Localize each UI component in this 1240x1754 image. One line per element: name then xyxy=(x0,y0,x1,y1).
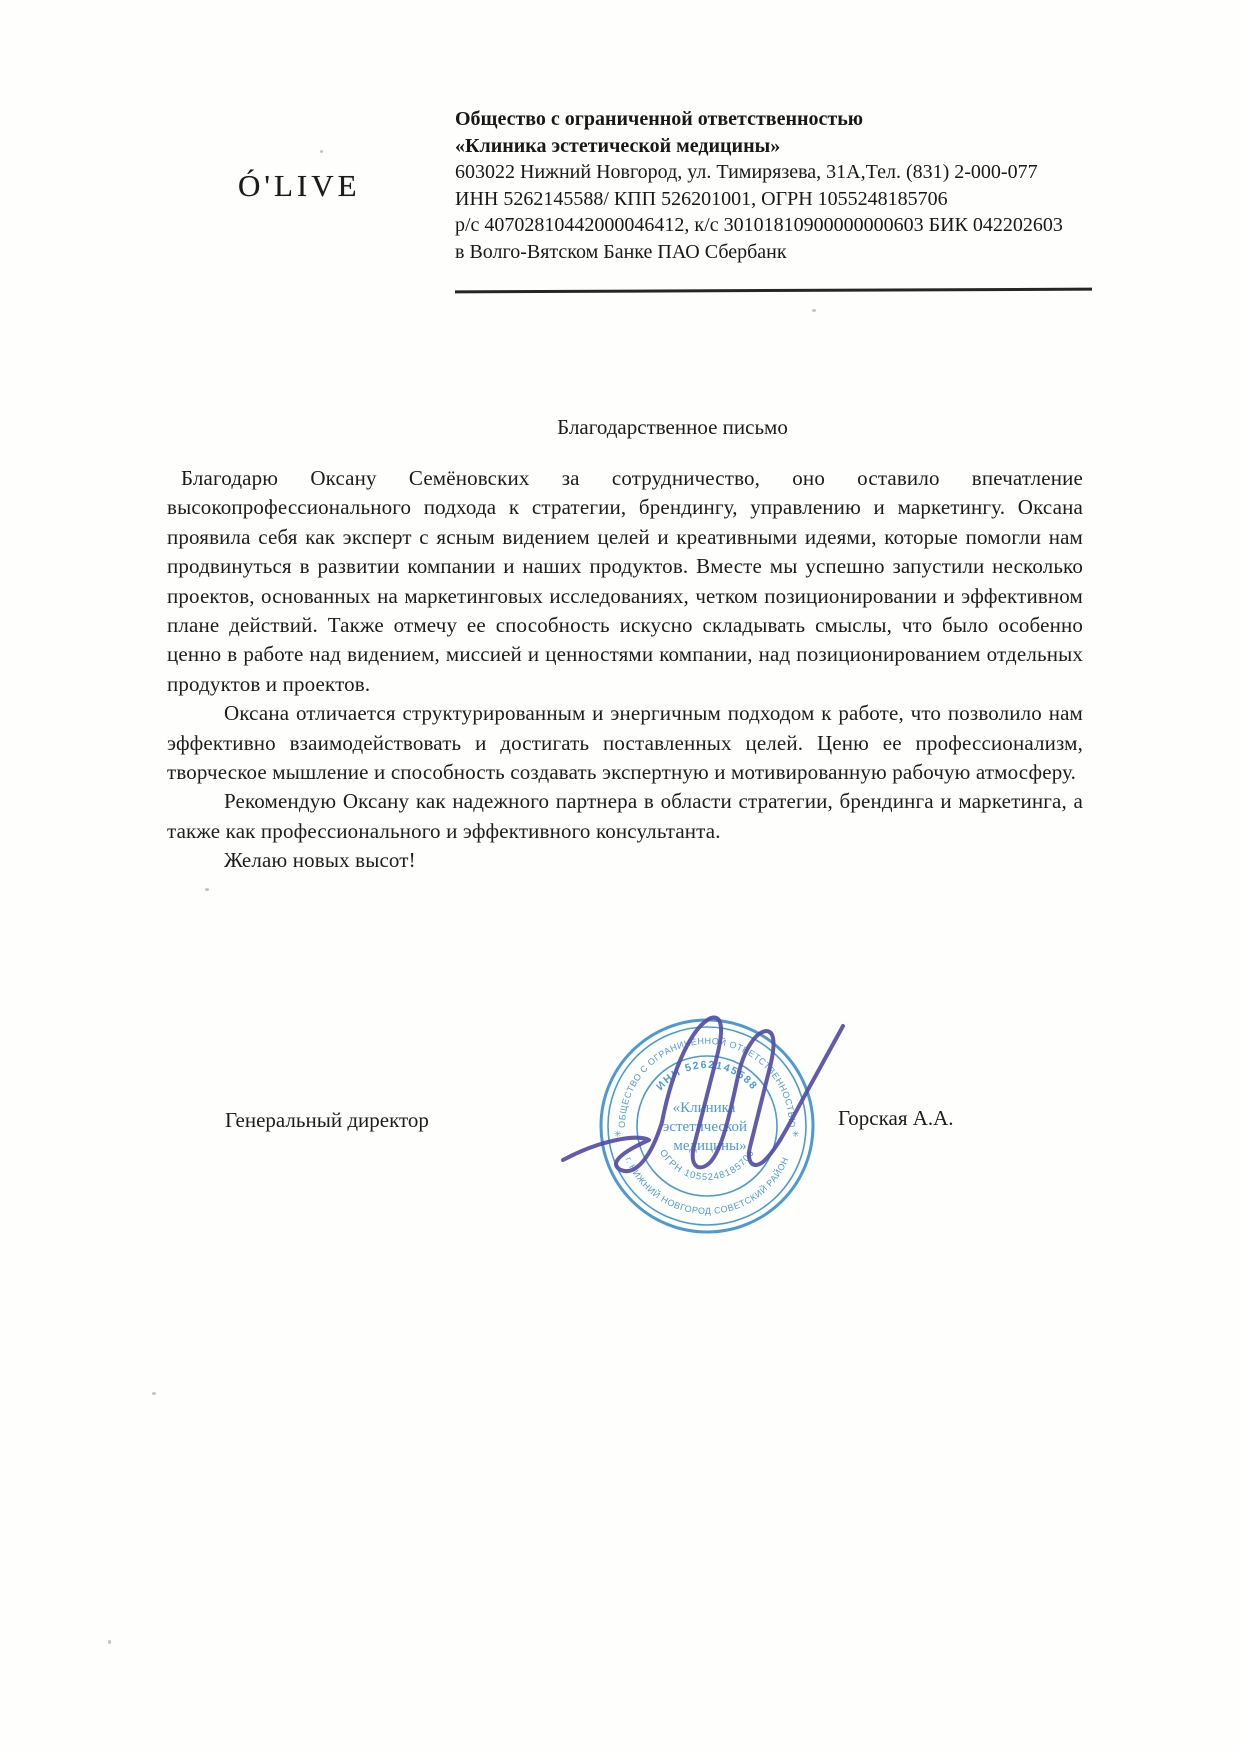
address-line: 603022 Нижний Новгород, ул. Тимирязева, … xyxy=(455,159,1115,186)
scan-speck xyxy=(205,888,209,891)
olive-logo: Ó'LIVE xyxy=(238,168,361,204)
paragraph-3: Рекомендую Оксану как надежного партнера… xyxy=(167,787,1083,846)
paragraph-1: Благодарю Оксану Семёновских за сотрудни… xyxy=(167,464,1083,699)
inn-kpp-ogrn-line: ИНН 5262145588/ КПП 526201001, ОГРН 1055… xyxy=(455,186,1115,213)
letter-body: Благодарю Оксану Семёновских за сотрудни… xyxy=(167,464,1083,876)
bank-account-line: р/с 40702810442000046412, к/с 3010181090… xyxy=(455,212,1115,239)
scan-speck xyxy=(108,1640,111,1644)
org-type-line: Общество с ограниченной ответственностью xyxy=(455,106,1115,133)
scanned-letter-page: Ó'LIVE Общество с ограниченной ответстве… xyxy=(0,0,1240,1754)
handwritten-signature xyxy=(545,948,870,1223)
paragraph-4: Желаю новых высот! xyxy=(167,846,1083,875)
paragraph-2: Оксана отличается структурированным и эн… xyxy=(167,699,1083,787)
signature-ink xyxy=(545,948,870,1223)
scan-speck xyxy=(152,1392,156,1395)
bank-name-line: в Волго-Вятском Банке ПАО Сбербанк xyxy=(455,239,1115,266)
org-name-line: «Клиника эстетической медицины» xyxy=(455,133,1115,160)
director-position-title: Генеральный директор xyxy=(225,1108,429,1133)
scan-speck xyxy=(812,309,816,312)
letter-title: Благодарственное письмо xyxy=(167,415,1083,440)
company-header: Общество с ограниченной ответственностью… xyxy=(455,106,1115,265)
scan-speck xyxy=(320,150,323,153)
header-divider xyxy=(455,288,1092,294)
